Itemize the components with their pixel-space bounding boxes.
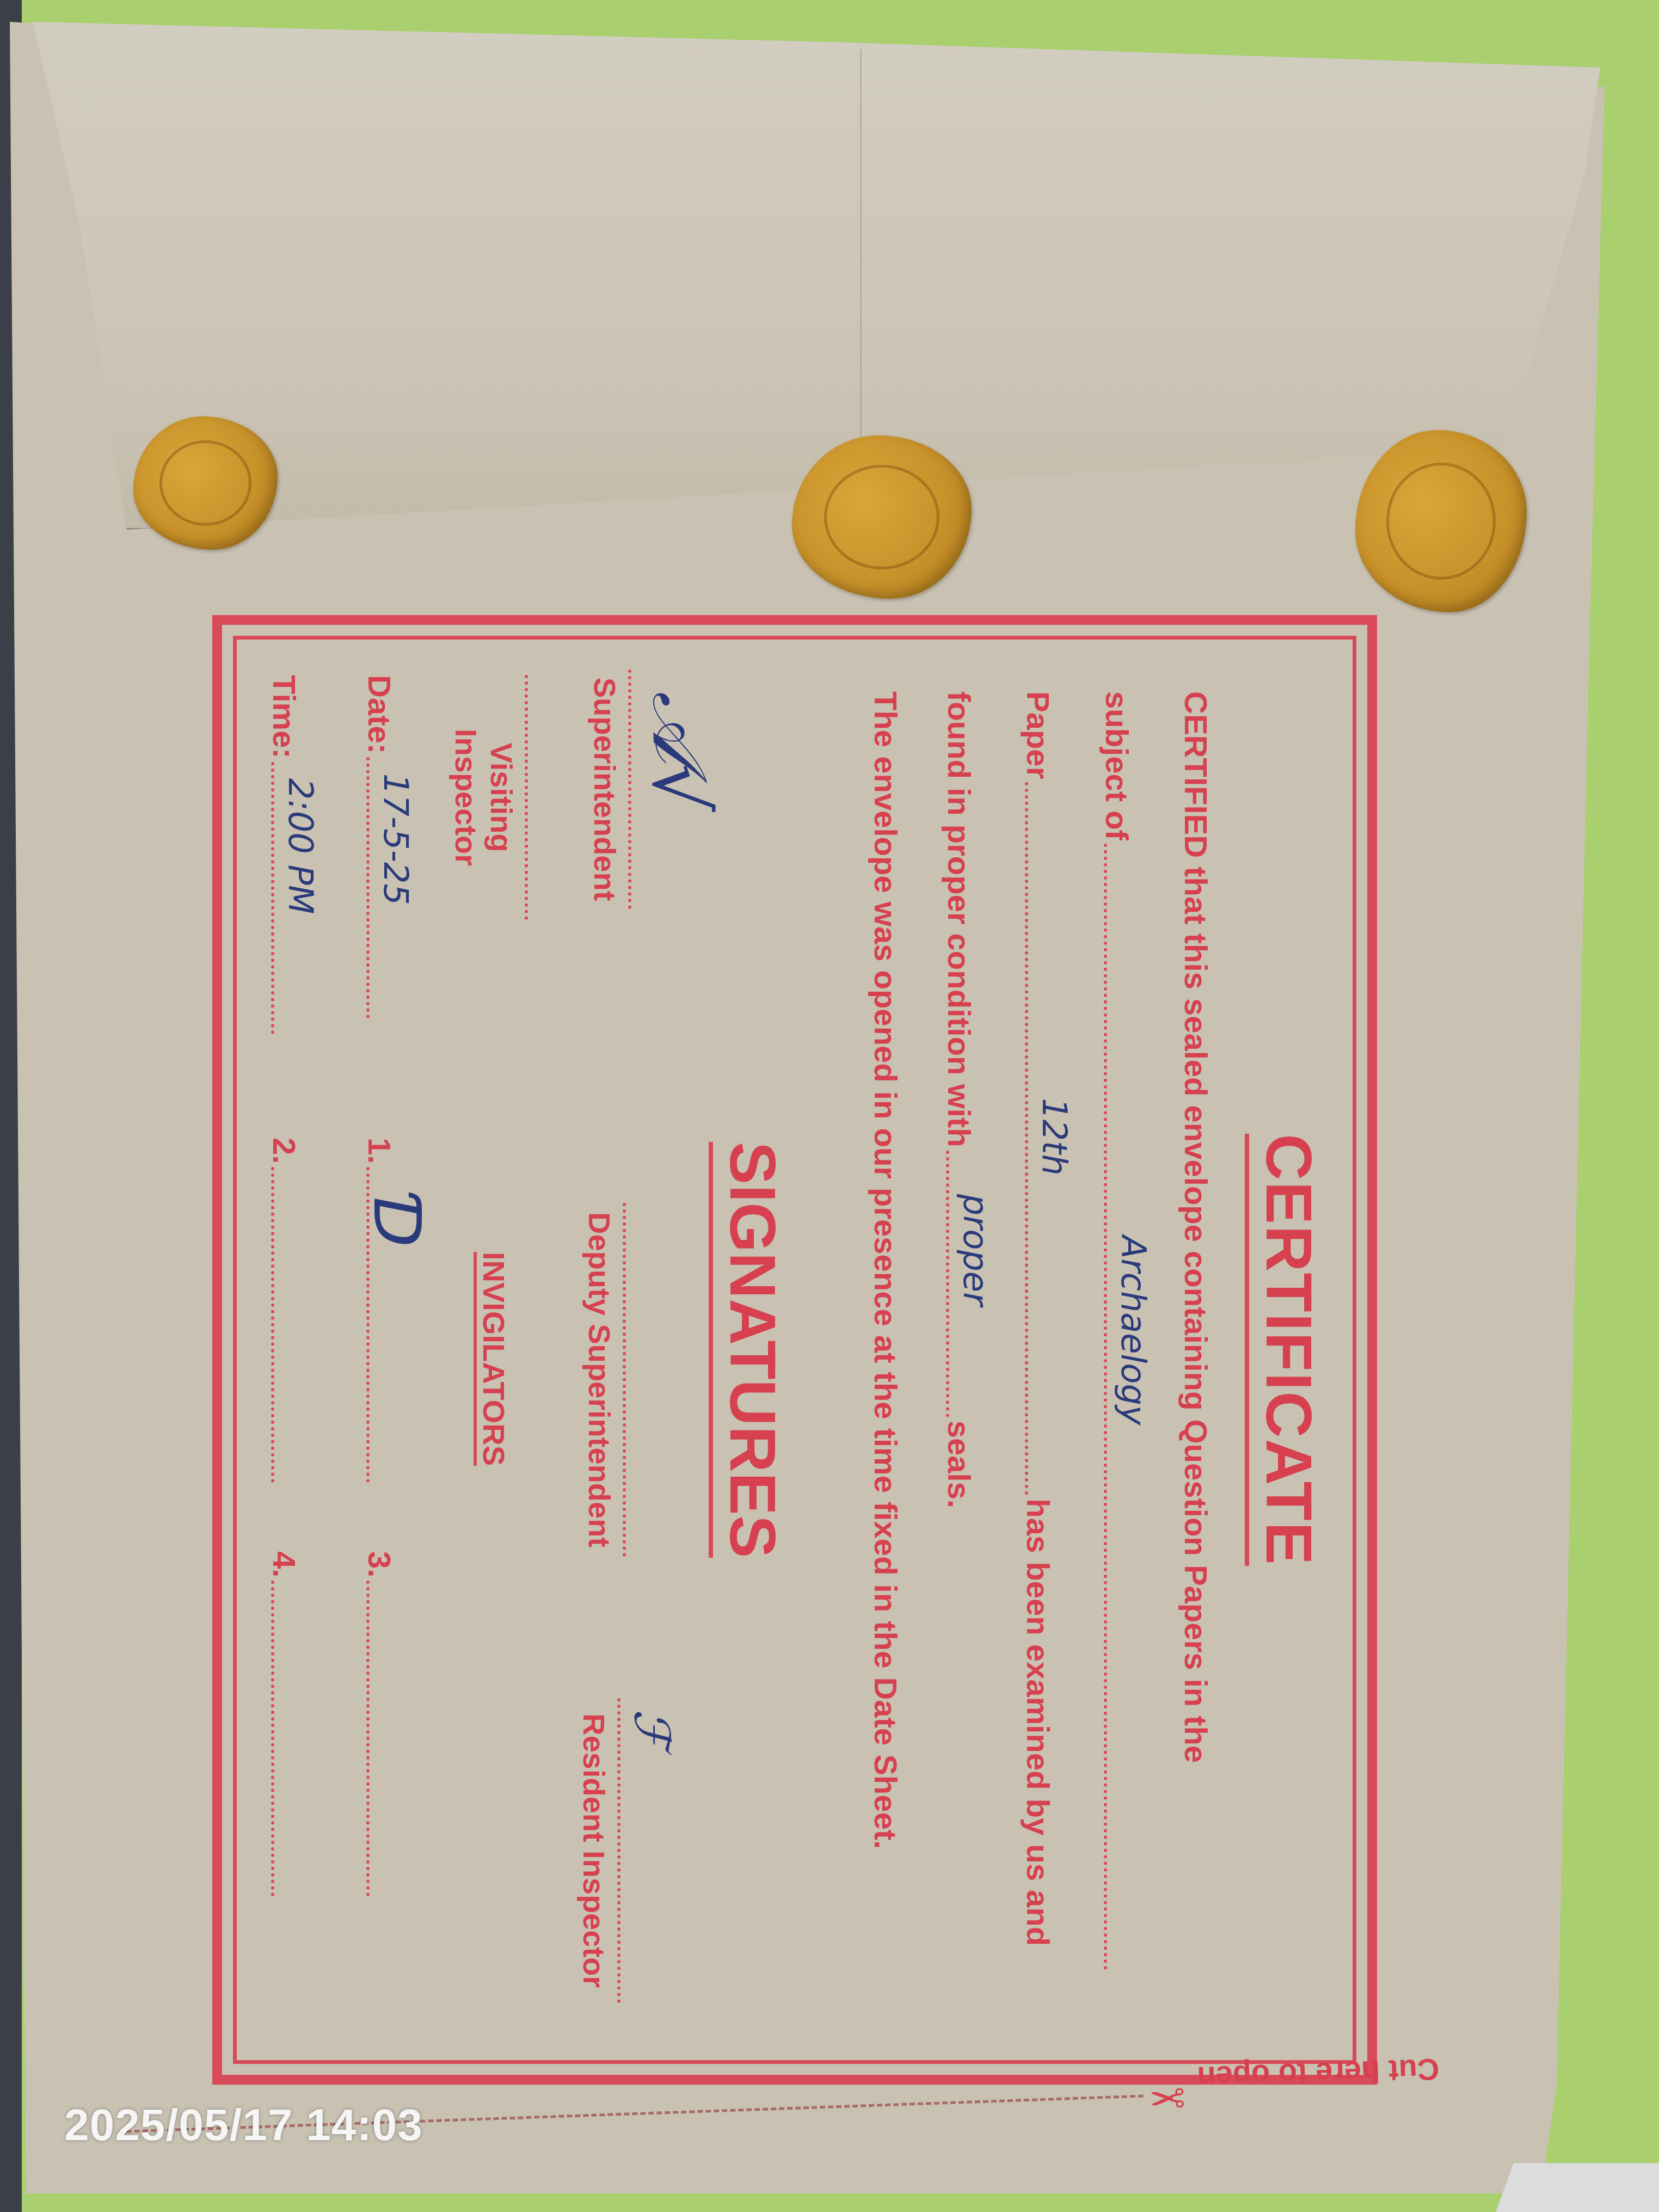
date-value: 17-5-25 (376, 773, 416, 905)
wax-seal-center (792, 435, 972, 599)
visiting-inspector-slot: Visiting Inspector (448, 675, 528, 920)
date-line: Date: 17-5-25 (361, 675, 397, 1022)
invigilators-title: INVIGILATORS (476, 1252, 512, 1466)
invigilator-2-line: 2. (266, 1138, 302, 1486)
opened-line: The envelope was opened in our presence … (867, 691, 904, 1849)
invigilator-4-line: 4. (266, 1551, 302, 1900)
paper-line: Paper 12th has been examined by us and (1019, 691, 1056, 1946)
certificate-region: CERTIFICATE CERTIFIED that this sealed e… (212, 615, 1377, 2085)
resident-inspector-signature: ℱ (623, 1709, 680, 1748)
signatures-title: SIGNATURES (715, 615, 789, 2085)
invigilator-1-line: 1. Ɗ (361, 1138, 397, 1486)
seals-value: proper (956, 1194, 996, 1306)
wax-seal-left (133, 416, 278, 550)
corner-object (1496, 2163, 1659, 2212)
subject-line: subject of Archaelogy (1098, 691, 1135, 1974)
scissors-icon: ✂ (1148, 2072, 1186, 2123)
certificate-title: CERTIFICATE (1251, 615, 1325, 2085)
time-value: 2:00 PM (281, 778, 321, 914)
invigilator-1-signature: Ɗ (359, 1189, 434, 1242)
resident-inspector-slot: Resident Inspector (576, 1698, 620, 2003)
invigilator-3-line: 3. (361, 1551, 397, 1900)
time-line: Time: 2:00 PM (266, 675, 302, 1037)
wax-seal-right (1355, 430, 1527, 612)
photo-timestamp: 2025/05/17 14:03 (64, 2100, 423, 2151)
superintendent-signature: 𝒜√ (635, 691, 724, 812)
seals-line: found in proper condition with proper se… (941, 691, 977, 1508)
certificate: CERTIFICATE CERTIFIED that this sealed e… (212, 615, 1377, 2085)
certified-line: CERTIFIED that this sealed envelope cont… (1177, 691, 1214, 1763)
deputy-superintendent-slot: Deputy Superintendent (582, 1203, 626, 1557)
subject-value: Archaelogy (1114, 1236, 1153, 1425)
paper-value: 12th (1035, 1098, 1074, 1176)
cut-here-label: Cut here to open (1197, 2051, 1440, 2095)
superintendent-slot: Superintendent (587, 669, 631, 909)
